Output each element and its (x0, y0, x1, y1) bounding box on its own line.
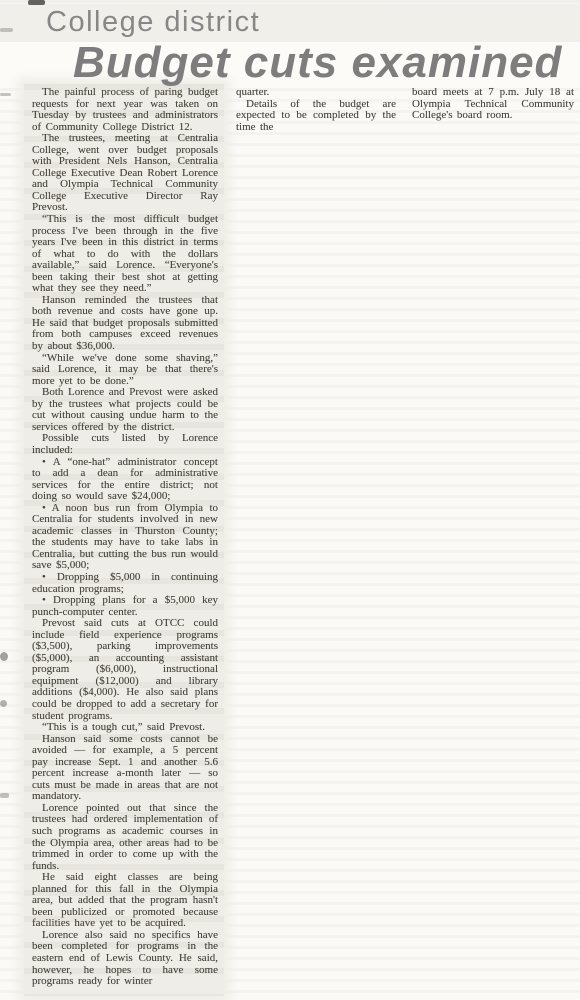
article-paragraph: “This is a tough cut,” said Prevost. (32, 722, 218, 734)
article-paragraph: Prevost said cuts at OTCC could include … (32, 618, 218, 722)
article-paragraph: Hanson said some costs cannot be avoided… (32, 734, 218, 803)
article-paragraph: Hanson reminded the trustees that both r… (32, 295, 218, 353)
article-paragraph: quarter. (236, 87, 396, 99)
article-paragraph: The painful process of paring budget req… (32, 87, 218, 133)
article-paragraph: Details of the budget are expected to be… (236, 99, 396, 134)
scan-smudge (0, 793, 9, 798)
kicker-headline: College district (46, 6, 260, 39)
main-headline: Budget cuts examined (73, 38, 562, 88)
article-bullet-item: • A “one-hat” administrator concept to a… (32, 457, 218, 503)
newspaper-clipping: College district Budget cuts examined Th… (0, 0, 580, 1000)
article-paragraph: He said eight classes are being planned … (32, 872, 218, 930)
article-paragraph: board meets at 7 p.m. July 18 at Olympia… (412, 87, 574, 122)
article-paragraph: “While we've done some shaving,” said Lo… (32, 353, 218, 388)
scan-smudge (0, 700, 7, 707)
article-paragraph: “This is the most difficult budget proce… (32, 214, 218, 295)
article-bullet-item: • Dropping plans for a $5,000 key punch-… (32, 595, 218, 618)
article-paragraph: Lorence also said no specifics have been… (32, 930, 218, 988)
article-paragraph: Both Lorence and Prevost were asked by t… (32, 387, 218, 433)
article-paragraph: Lorence pointed out that since the trust… (32, 803, 218, 872)
scan-smudge (0, 93, 11, 96)
article-paragraph: Possible cuts listed by Lorence included… (32, 433, 218, 456)
scan-smudge (0, 652, 8, 661)
article-column-2: quarter. Details of the budget are expec… (236, 87, 396, 988)
article-paragraph: The trustees, meeting at Centralia Colle… (32, 133, 218, 214)
article-body: The painful process of paring budget req… (32, 87, 574, 988)
article-bullet-item: • Dropping $5,000 in continuing educatio… (32, 572, 218, 595)
article-bullet-item: • A noon bus run from Olympia to Central… (32, 503, 218, 572)
article-column-3: board meets at 7 p.m. July 18 at Olympia… (412, 87, 574, 988)
article-column-1: The painful process of paring budget req… (32, 87, 218, 988)
